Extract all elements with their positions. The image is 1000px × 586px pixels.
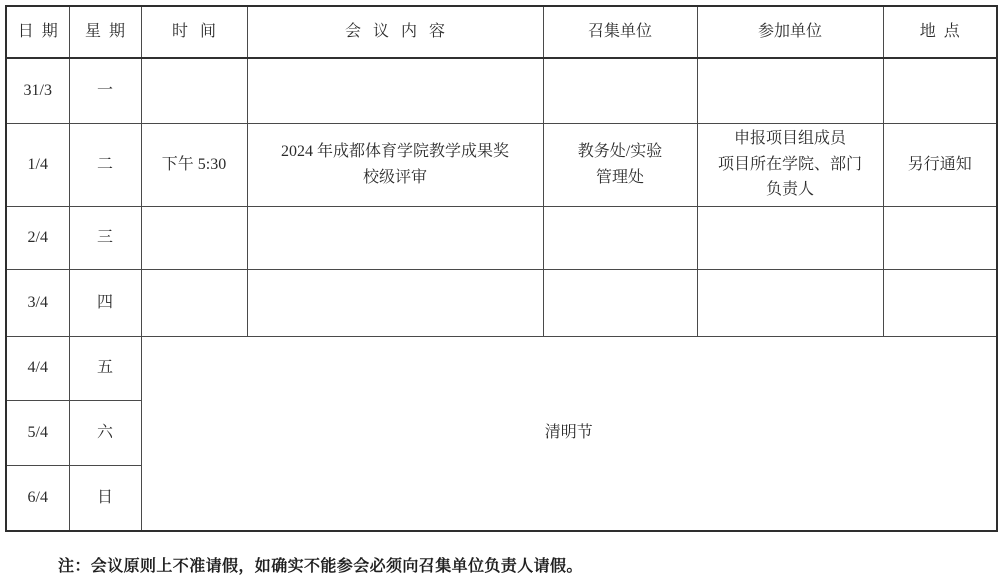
cell-date: 3/4 [6, 269, 69, 336]
col-header-location: 地 点 [883, 6, 997, 58]
cell-date: 1/4 [6, 123, 69, 206]
cell-time [141, 269, 247, 336]
cell-participants [697, 206, 883, 269]
cell-time: 下午 5:30 [141, 123, 247, 206]
cell-time [141, 206, 247, 269]
cell-participants [697, 58, 883, 123]
col-header-time: 时 间 [141, 6, 247, 58]
cell-weekday: 三 [69, 206, 141, 269]
table-row: 2/4 三 [6, 206, 997, 269]
meeting-schedule-page: 日 期 星 期 时 间 会 议 内 容 召集单位 参加单位 地 点 31/3 一 [0, 0, 1000, 586]
cell-convener [543, 206, 697, 269]
cell-weekday: 六 [69, 400, 141, 465]
cell-date: 6/4 [6, 465, 69, 531]
cell-location [883, 206, 997, 269]
col-header-content: 会 议 内 容 [247, 6, 543, 58]
meeting-schedule-table: 日 期 星 期 时 间 会 议 内 容 召集单位 参加单位 地 点 31/3 一 [5, 5, 998, 532]
cell-content [247, 206, 543, 269]
cell-weekday: 二 [69, 123, 141, 206]
cell-location [883, 269, 997, 336]
table-row: 1/4 二 下午 5:30 2024 年成都体育学院教学成果奖 校级评审 教务处… [6, 123, 997, 206]
cell-location [883, 58, 997, 123]
cell-date: 31/3 [6, 58, 69, 123]
header-row: 日 期 星 期 时 间 会 议 内 容 召集单位 参加单位 地 点 [6, 6, 997, 58]
col-header-participants: 参加单位 [697, 6, 883, 58]
cell-content [247, 269, 543, 336]
cell-weekday: 日 [69, 465, 141, 531]
table-row: 31/3 一 [6, 58, 997, 123]
cell-content: 2024 年成都体育学院教学成果奖 校级评审 [247, 123, 543, 206]
cell-time [141, 58, 247, 123]
cell-weekday: 四 [69, 269, 141, 336]
table-row: 3/4 四 [6, 269, 997, 336]
holiday-merged-cell: 清明节 [141, 336, 997, 531]
cell-date: 5/4 [6, 400, 69, 465]
cell-location: 另行通知 [883, 123, 997, 206]
table-row: 4/4 五 清明节 [6, 336, 997, 400]
cell-date: 2/4 [6, 206, 69, 269]
cell-content [247, 58, 543, 123]
cell-participants: 申报项目组成员 项目所在学院、部门 负责人 [697, 123, 883, 206]
cell-participants [697, 269, 883, 336]
cell-weekday: 五 [69, 336, 141, 400]
footnote: 注：会议原则上不准请假，如确实不能参会必须向召集单位负责人请假。 [58, 553, 583, 576]
col-header-convener: 召集单位 [543, 6, 697, 58]
col-header-date: 日 期 [6, 6, 69, 58]
col-header-weekday: 星 期 [69, 6, 141, 58]
cell-date: 4/4 [6, 336, 69, 400]
cell-convener [543, 269, 697, 336]
cell-weekday: 一 [69, 58, 141, 123]
cell-convener: 教务处/实验 管理处 [543, 123, 697, 206]
cell-convener [543, 58, 697, 123]
